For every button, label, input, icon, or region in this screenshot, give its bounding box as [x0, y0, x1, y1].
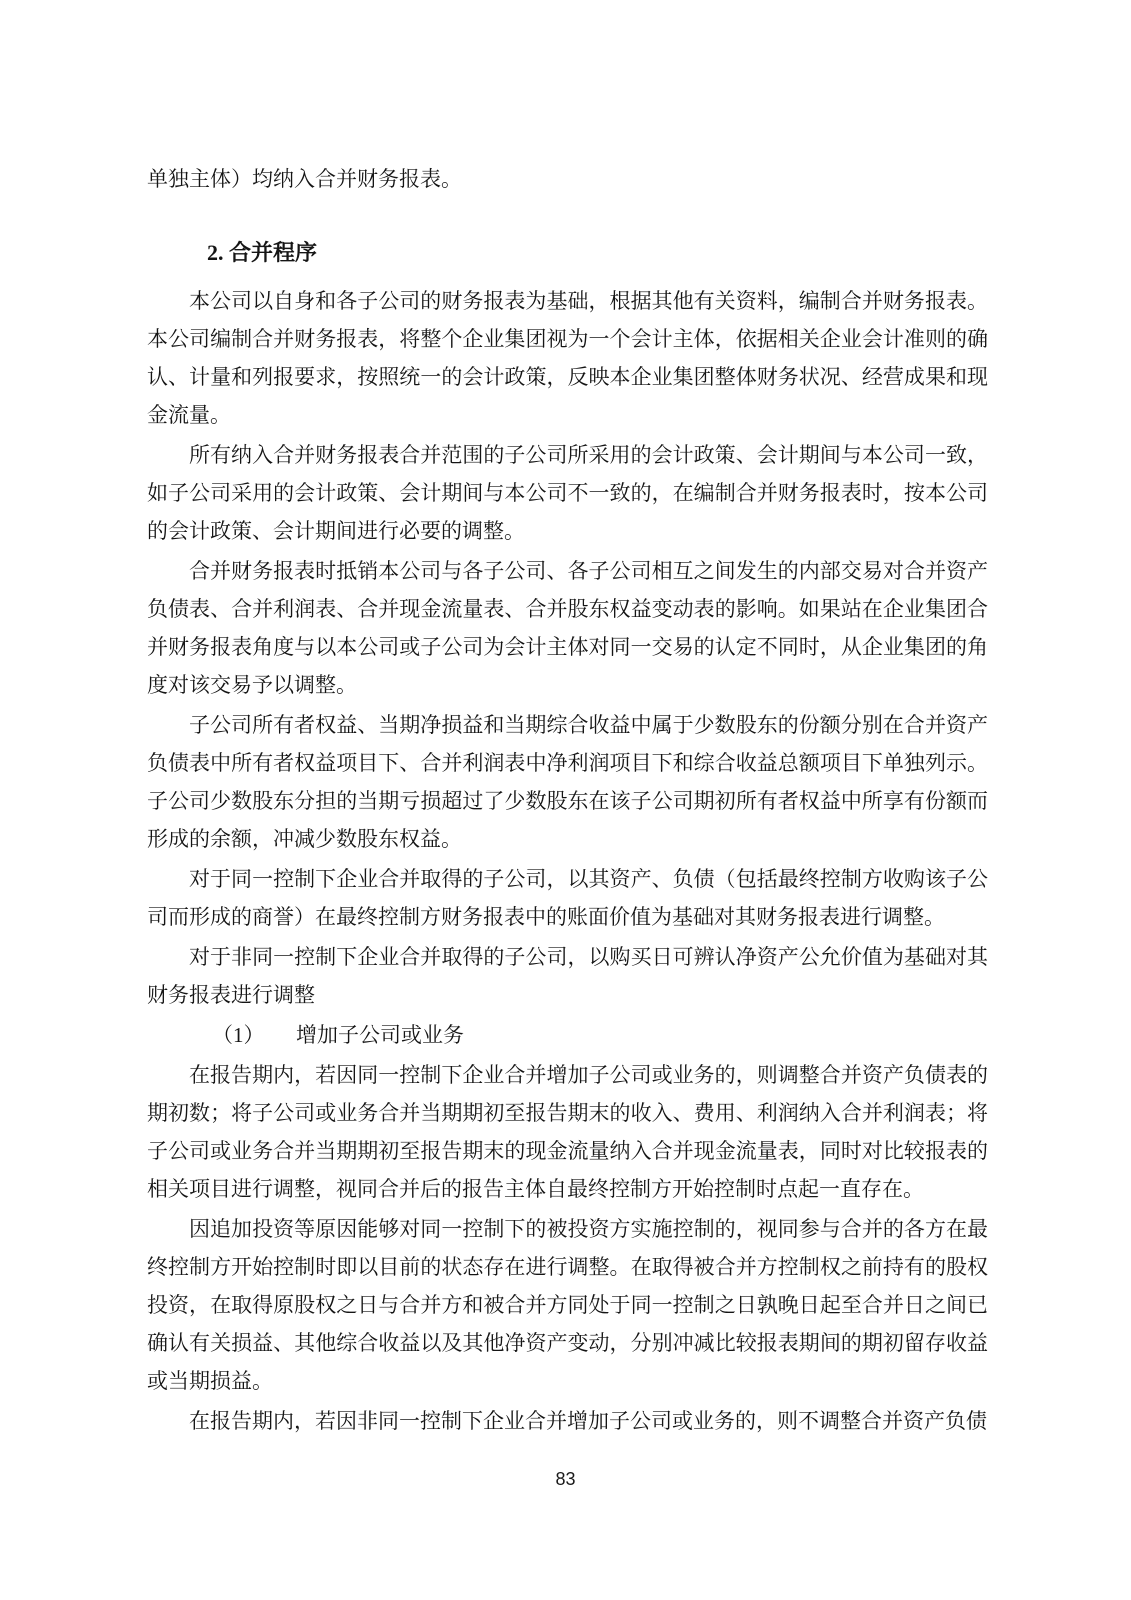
page-number: 83 [0, 1468, 1131, 1490]
list-item-heading: （1） 增加子公司或业务 [147, 1016, 988, 1054]
paragraph: 合并财务报表时抵销本公司与各子公司、各子公司相互之间发生的内部交易对合并资产负债… [147, 552, 988, 704]
paragraph: 对于非同一控制下企业合并取得的子公司，以购买日可辨认净资产公允价值为基础对其财务… [147, 938, 988, 1014]
paragraph: 对于同一控制下企业合并取得的子公司，以其资产、负债（包括最终控制方收购该子公司而… [147, 860, 988, 936]
section-heading: 2. 合并程序 [147, 234, 988, 272]
paragraph-continuation: 单独主体）均纳入合并财务报表。 [147, 160, 988, 198]
paragraph: 所有纳入合并财务报表合并范围的子公司所采用的会计政策、会计期间与本公司一致，如子… [147, 436, 988, 550]
paragraph: 在报告期内，若因非同一控制下企业合并增加子公司或业务的，则不调整合并资产负债 [147, 1402, 988, 1440]
paragraph: 因追加投资等原因能够对同一控制下的被投资方实施控制的，视同参与合并的各方在最终控… [147, 1210, 988, 1400]
paragraph: 在报告期内，若因同一控制下企业合并增加子公司或业务的，则调整合并资产负债表的期初… [147, 1056, 988, 1208]
document-page: 单独主体）均纳入合并财务报表。 2. 合并程序 本公司以自身和各子公司的财务报表… [0, 0, 1131, 1600]
paragraph: 子公司所有者权益、当期净损益和当期综合收益中属于少数股东的份额分别在合并资产负债… [147, 706, 988, 858]
paragraph: 本公司以自身和各子公司的财务报表为基础，根据其他有关资料，编制合并财务报表。本公… [147, 282, 988, 434]
